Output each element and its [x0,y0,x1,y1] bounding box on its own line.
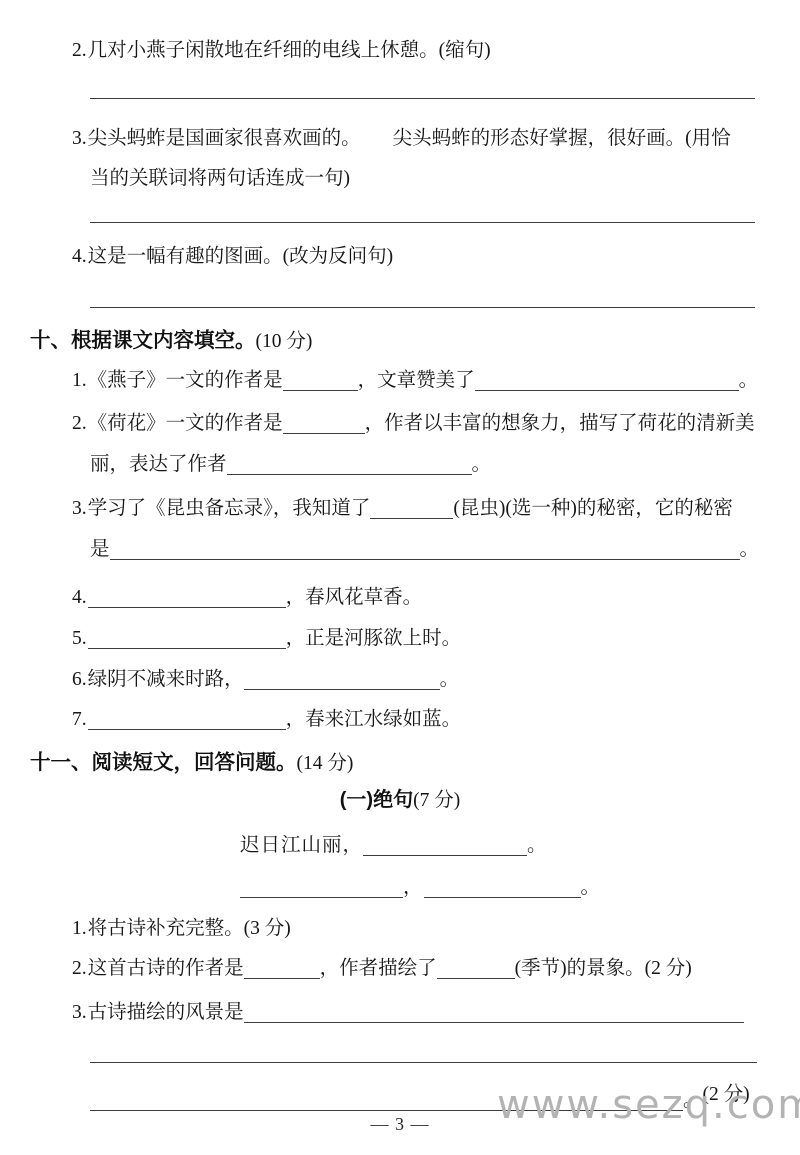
question-3-sentence2: 尖头蚂蚱的形态好掌握，很好画。(用恰 [393,128,731,149]
reading-q2-text-b: ，作者描绘了 [320,958,437,979]
fill-item-3-wrap: 是。 [90,537,759,562]
fill-item-1-number: 1. [72,370,88,391]
section-eleven-heading: 十一、阅读短文，回答问题。(14 分) [30,750,353,776]
question-2-text: 几对小燕子闲散地在纤细的电线上休憩。(缩句) [88,40,491,61]
answer-line-q4 [90,285,755,310]
question-3-wrap: 当的关联词将两句话连成一句) [90,166,350,191]
question-4: 4.这是一幅有趣的图画。(改为反问句) [72,244,393,269]
poem-line-1-end: 。 [527,835,548,856]
fill-item-1-text-a: 《燕子》一文的作者是 [88,370,283,391]
fill-item-1-text-b: ，文章赞美了 [358,370,475,391]
answer-blank[interactable] [240,876,403,898]
question-4-number: 4. [72,246,88,267]
reading-q2: 2.这首古诗的作者是，作者描绘了(季节)的景象。(2 分) [72,956,692,981]
question-2: 2.几对小燕子闲散地在纤细的电线上休憩。(缩句) [72,38,491,63]
fill-item-2-text-c: 丽，表达了作者 [90,454,227,475]
section-ten-score: (10 分) [256,331,313,352]
reading-q1-number: 1. [72,918,88,939]
answer-blank[interactable] [437,957,515,979]
answer-blank[interactable] [227,453,472,475]
answer-blank[interactable] [110,538,740,560]
fill-item-1-text-c: 。 [739,370,759,391]
poem-line-2: ，。 [240,875,601,900]
question-3-sentence1: 尖头蚂蚱是国画家很喜欢画的。 [88,128,361,149]
question-2-number: 2. [72,40,88,61]
answer-blank[interactable] [363,834,527,856]
answer-blank[interactable] [90,1041,757,1063]
section-eleven-score: (14 分) [297,753,354,774]
question-4-text: 这是一幅有趣的图画。(改为反问句) [88,246,394,267]
fill-item-4-number: 4. [72,587,88,608]
poem-line-1-text: 迟日江山丽， [240,835,363,856]
fill-item-1: 1.《燕子》一文的作者是，文章赞美了。 [72,368,758,393]
answer-blank[interactable] [244,957,320,979]
answer-line-reading-1 [90,1040,757,1065]
question-3-number: 3. [72,128,88,149]
section-ten-title: 十、根据课文内容填空。 [30,329,256,352]
fill-item-4: 4.，春风花草香。 [72,585,422,610]
fill-item-3-text-d: 。 [740,539,760,560]
reading-q3-text: 古诗描绘的风景是 [88,1002,244,1023]
reading-q2-number: 2. [72,958,88,979]
passage-title-row: (一)绝句(7 分) [0,788,800,813]
reading-q2-text-a: 这首古诗的作者是 [88,958,244,979]
fill-item-5-text: ，正是河豚欲上时。 [286,628,462,649]
fill-item-2-wrap: 丽，表达了作者。 [90,452,491,477]
fill-item-6-number: 6. [72,669,88,690]
passage-score: (7 分) [413,790,460,811]
question-3-wrap-text: 当的关联词将两句话连成一句) [90,168,350,189]
fill-item-2-text-b: ，作者以丰富的想象力，描写了荷花的清新美 [365,413,755,434]
fill-item-3-text-a: 学习了《昆虫备忘录》，我知道了 [88,498,371,519]
fill-item-2-number: 2. [72,413,88,434]
poem-line-2-comma: ， [403,877,424,898]
reading-q3: 3.古诗描绘的风景是 [72,1000,744,1025]
answer-blank[interactable] [475,369,739,391]
answer-blank[interactable] [90,286,755,308]
answer-blank[interactable] [90,201,755,223]
section-eleven-title: 十一、阅读短文，回答问题。 [30,751,297,774]
answer-blank[interactable] [88,627,286,649]
exam-page: 2.几对小燕子闲散地在纤细的电线上休憩。(缩句) 3.尖头蚂蚱是国画家很喜欢画的… [0,0,800,1155]
fill-item-7: 7.，春来江水绿如蓝。 [72,707,461,732]
fill-item-5-number: 5. [72,628,88,649]
fill-item-3: 3.学习了《昆虫备忘录》，我知道了(昆虫)(选一种)的秘密，它的秘密 [72,496,733,521]
fill-item-3-number: 3. [72,498,88,519]
answer-blank[interactable] [244,668,440,690]
answer-blank[interactable] [88,586,286,608]
answer-blank[interactable] [244,1001,744,1023]
poem-line-2-end: 。 [581,877,602,898]
fill-item-4-text: ，春风花草香。 [286,587,423,608]
answer-blank[interactable] [283,369,358,391]
fill-item-6: 6.绿阴不减来时路，。 [72,667,459,692]
fill-item-2: 2.《荷花》一文的作者是，作者以丰富的想象力，描写了荷花的清新美 [72,411,755,436]
reading-q3-number: 3. [72,1002,88,1023]
section-ten-heading: 十、根据课文内容填空。(10 分) [30,328,312,354]
answer-blank[interactable] [90,77,755,99]
reading-q1-text: 将古诗补充完整。(3 分) [88,918,291,939]
fill-item-7-text: ，春来江水绿如蓝。 [286,709,462,730]
reading-q2-text-c: (季节)的景象。(2 分) [515,958,692,979]
answer-blank[interactable] [88,708,286,730]
fill-item-6-text-a: 绿阴不减来时路， [88,669,244,690]
question-3: 3.尖头蚂蚱是国画家很喜欢画的。尖头蚂蚱的形态好掌握，很好画。(用恰 [72,126,731,151]
answer-line-q2 [90,76,755,101]
reading-q1: 1.将古诗补充完整。(3 分) [72,916,291,941]
fill-item-7-number: 7. [72,709,88,730]
fill-item-3-text-c: 是 [90,539,110,560]
answer-blank[interactable] [424,876,581,898]
fill-item-2-text-d: 。 [472,454,492,475]
fill-item-6-text-b: 。 [440,669,460,690]
answer-line-q3 [90,200,755,225]
page-number: — 3 — [0,1112,800,1137]
fill-item-5: 5.，正是河豚欲上时。 [72,626,461,651]
answer-blank[interactable] [370,497,453,519]
passage-title: (一)绝句 [340,789,413,811]
fill-item-3-text-b: (昆虫)(选一种)的秘密，它的秘密 [453,498,732,519]
fill-item-2-text-a: 《荷花》一文的作者是 [88,413,283,434]
poem-line-1: 迟日江山丽，。 [240,833,548,858]
answer-blank[interactable] [283,412,365,434]
